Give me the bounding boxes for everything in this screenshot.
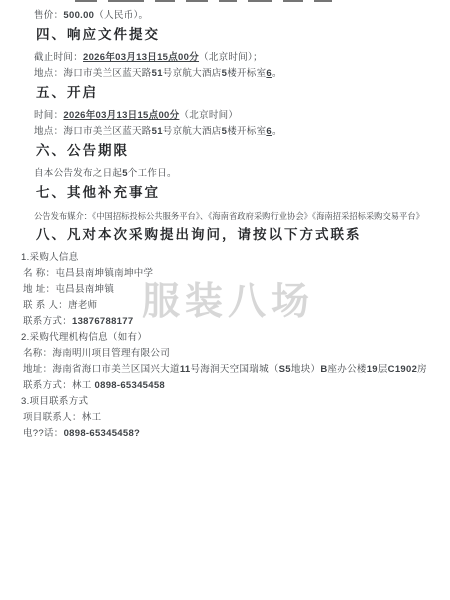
project-contact-title: 3.项目联系方式	[21, 394, 442, 410]
clipped-text-remnant	[75, 0, 442, 3]
opening-location-line: 地点：海口市美兰区蓝天路51号京航大酒店5楼开标室6。	[34, 124, 442, 140]
agency-name-line: 名称：海南明川项目管理有限公司	[23, 346, 442, 362]
section-6-heading: 六、公告期限	[36, 143, 442, 158]
announcement-period-line: 自本公告发布之日起5个工作日。	[34, 166, 442, 182]
publish-media-line: 公告发布媒介：《中国招标投标公共服务平台》、《海南省政府采购行业协会》《海南招采…	[34, 208, 442, 224]
remnant-segment	[283, 0, 303, 2]
buyer-address-line: 地 址：屯昌县南坤镇	[23, 282, 442, 298]
buyer-info-title: 1.采购人信息	[21, 250, 442, 266]
section-8-heading: 八、凡对本次采购提出询问，请按以下方式联系	[36, 227, 442, 242]
section-7-heading: 七、其他补充事宜	[36, 185, 442, 200]
buyer-phone-line: 联系方式：13876788177	[23, 314, 442, 330]
agency-address-line: 地址：海南省海口市美兰区国兴大道11号海润天空国瑞城（S5地块）B座办公楼19层…	[23, 362, 442, 378]
buyer-name-line: 名 称：屯昌县南坤镇南坤中学	[23, 266, 442, 282]
section-5-heading: 五、开启	[36, 85, 442, 100]
section-4-heading: 四、响应文件提交	[36, 27, 442, 42]
document-page: 服装八场 售价：500.00（人民币）。 四、响应文件提交 截止时间：2026年…	[0, 0, 450, 600]
submission-location-line: 地点：海口市美兰区蓝天路51号京航大酒店5楼开标室6。	[34, 66, 442, 82]
agency-info-title: 2.采购代理机构信息（如有）	[21, 330, 442, 346]
remnant-segment	[186, 0, 208, 2]
buyer-contact-line: 联 系 人：唐老师	[23, 298, 442, 314]
remnant-segment	[219, 0, 237, 2]
opening-time-line: 时间：2026年03月13日15点00分（北京时间）	[34, 108, 442, 124]
submission-deadline-line: 截止时间：2026年03月13日15点00分（北京时间）；	[34, 50, 442, 66]
remnant-segment	[314, 0, 332, 2]
project-phone-line: 电??话：0898-65345458?	[23, 426, 442, 442]
project-contact-line: 项目联系人：林工	[23, 410, 442, 426]
agency-phone-line: 联系方式：林工 0898-65345458	[23, 378, 442, 394]
price-line: 售价：500.00（人民币）。	[34, 8, 442, 24]
remnant-segment	[108, 0, 144, 2]
remnant-segment	[75, 0, 97, 2]
remnant-segment	[248, 0, 272, 2]
document-content: 售价：500.00（人民币）。 四、响应文件提交 截止时间：2026年03月13…	[0, 0, 450, 442]
remnant-segment	[155, 0, 175, 2]
